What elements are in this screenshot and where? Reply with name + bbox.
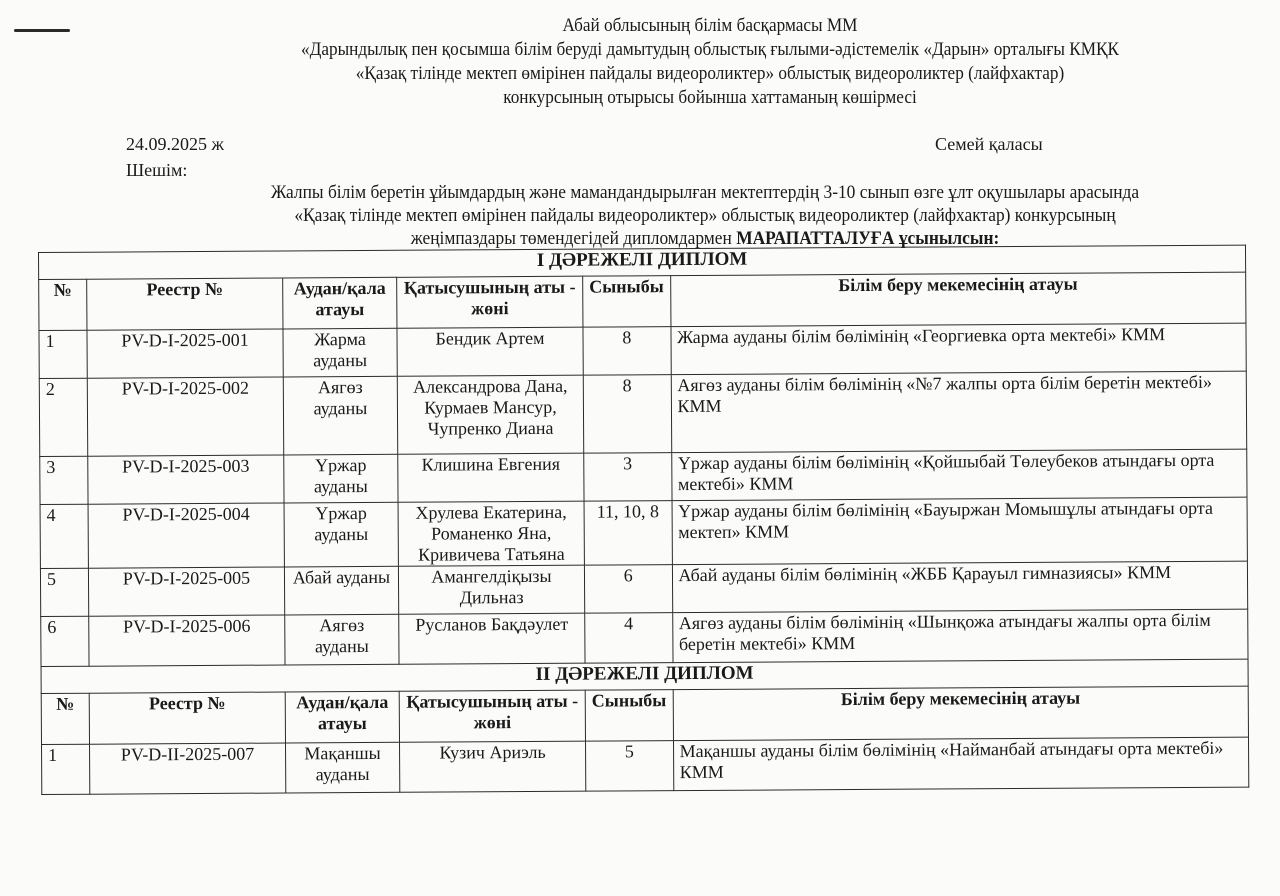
cell-registry: PV-D-I-2025-006: [89, 615, 285, 666]
header-registry: Реестр №: [87, 278, 283, 330]
cell-district: Мақаншы ауданы: [286, 742, 400, 793]
header-organization: Білім беру мекемесінің атауы: [673, 686, 1249, 741]
table-row: 1PV-D-II-2025-007Мақаншы ауданыКузич Ари…: [42, 737, 1249, 794]
handwritten-dash-mark: [14, 29, 70, 32]
table-row: 2PV-D-I-2025-002Аягөз ауданыАлександрова…: [39, 371, 1246, 456]
header-district: Аудан/қала атауы: [285, 691, 399, 743]
cell-num: 4: [40, 504, 88, 568]
header-line-4: конкурсының отырысы бойынша хаттаманың к…: [217, 86, 1203, 110]
cell-num: 1: [39, 330, 87, 378]
cell-registry: PV-D-I-2025-005: [88, 567, 284, 616]
document-date: 24.09.2025 ж: [126, 134, 224, 155]
cell-grade: 11, 10, 8: [584, 501, 672, 566]
cell-district: Үржар ауданы: [284, 454, 398, 503]
table-row: 1PV-D-I-2025-001Жарма ауданыБендик Артем…: [39, 323, 1246, 378]
cell-participant: Русланов Бақдәулет: [399, 613, 585, 664]
decision-line-2: «Қазақ тілінде мектеп өмірінен пайдалы в…: [183, 205, 1226, 228]
header-num: №: [41, 693, 89, 744]
cell-grade: 3: [584, 453, 672, 502]
cell-registry: PV-D-I-2025-002: [87, 377, 283, 456]
cell-registry: PV-D-I-2025-003: [88, 455, 284, 504]
cell-registry: PV-D-I-2025-004: [88, 503, 284, 568]
table-row: 6PV-D-I-2025-006Аягөз ауданыРусланов Бақ…: [41, 609, 1248, 666]
header-grade: Сыныбы: [585, 690, 673, 742]
cell-organization: Аягөз ауданы білім бөлімінің «Шынқожа ат…: [672, 609, 1248, 663]
decision-text: Жалпы білім беретін ұйымдардың және мама…: [183, 182, 1226, 251]
cell-district: Абай ауданы: [284, 566, 398, 615]
cell-grade: 8: [583, 375, 671, 454]
header-line-1: Абай облысының білім басқармасы ММ: [217, 14, 1203, 38]
cell-grade: 4: [585, 613, 673, 664]
cell-num: 1: [42, 744, 90, 794]
header-district: Аудан/қала атауы: [283, 277, 397, 329]
cell-registry: PV-D-II-2025-007: [90, 743, 286, 794]
cell-grade: 5: [585, 741, 673, 792]
cell-num: 3: [40, 456, 88, 504]
header-grade: Сыныбы: [583, 276, 671, 328]
header-participant: Қатысушының аты - жөні: [399, 690, 585, 742]
cell-organization: Үржар ауданы білім бөлімінің «Қойшыбай Т…: [671, 449, 1247, 501]
cell-num: 2: [39, 378, 87, 456]
cell-district: Жарма ауданы: [283, 328, 397, 377]
document-city: Семей қаласы: [935, 134, 1043, 155]
cell-num: 6: [41, 616, 89, 666]
header-organization: Білім беру мекемесінің атауы: [670, 272, 1246, 327]
column-header-row: №Реестр №Аудан/қала атауыҚатысушының аты…: [41, 686, 1248, 744]
table-row: 3PV-D-I-2025-003Үржар ауданыКлишина Евге…: [40, 449, 1247, 504]
cell-participant: Бендик Артем: [397, 327, 583, 376]
cell-organization: Мақаншы ауданы білім бөлімінің «Найманба…: [673, 737, 1249, 791]
cell-organization: Абай ауданы білім бөлімінің «ЖББ Қарауыл…: [672, 561, 1248, 613]
table-row: 5PV-D-I-2025-005Абай ауданыАмангелдіқызы…: [40, 561, 1247, 616]
cell-participant: Клишина Евгения: [398, 453, 584, 502]
cell-organization: Аягөз ауданы білім бөлімінің «№7 жалпы о…: [671, 371, 1247, 453]
decision-label: Шешім:: [126, 160, 187, 181]
cell-grade: 6: [584, 565, 672, 614]
cell-participant: Александрова Дана, Курмаев Мансур, Чупре…: [397, 375, 583, 454]
header-registry: Реестр №: [89, 692, 285, 744]
cell-district: Аягөз ауданы: [285, 614, 399, 665]
header-line-2: «Дарындылық пен қосымша білім беруді дам…: [217, 38, 1203, 62]
cell-num: 5: [40, 568, 88, 616]
cell-registry: PV-D-I-2025-001: [87, 329, 283, 378]
document-header: Абай облысының білім басқармасы ММ «Дары…: [217, 14, 1203, 110]
awards-table: I ДӘРЕЖЕЛІ ДИПЛОМ№Реестр №Аудан/қала ата…: [38, 245, 1249, 795]
column-header-row: №Реестр №Аудан/қала атауыҚатысушының аты…: [39, 272, 1246, 330]
cell-grade: 8: [583, 327, 671, 376]
header-line-3: «Қазақ тілінде мектеп өмірінен пайдалы в…: [217, 62, 1203, 86]
cell-participant: Хрулева Екатерина, Романенко Яна, Кривич…: [398, 501, 584, 566]
cell-participant: Кузич Ариэль: [400, 741, 586, 792]
decision-line-1: Жалпы білім беретін ұйымдардың және мама…: [183, 182, 1226, 205]
decision-line-3-prefix: жеңімпаздары төмендегідей дипломдармен: [411, 229, 736, 249]
cell-district: Үржар ауданы: [284, 502, 398, 567]
header-participant: Қатысушының аты - жөні: [397, 276, 583, 328]
cell-participant: Амангелдіқызы Дильназ: [398, 565, 584, 614]
cell-district: Аягөз ауданы: [283, 376, 397, 455]
header-num: №: [39, 279, 87, 330]
cell-organization: Үржар ауданы білім бөлімінің «Бауыржан М…: [672, 497, 1248, 565]
cell-organization: Жарма ауданы білім бөлімінің «Георгиевка…: [670, 323, 1246, 375]
table-row: 4PV-D-I-2025-004Үржар ауданыХрулева Екат…: [40, 497, 1247, 568]
